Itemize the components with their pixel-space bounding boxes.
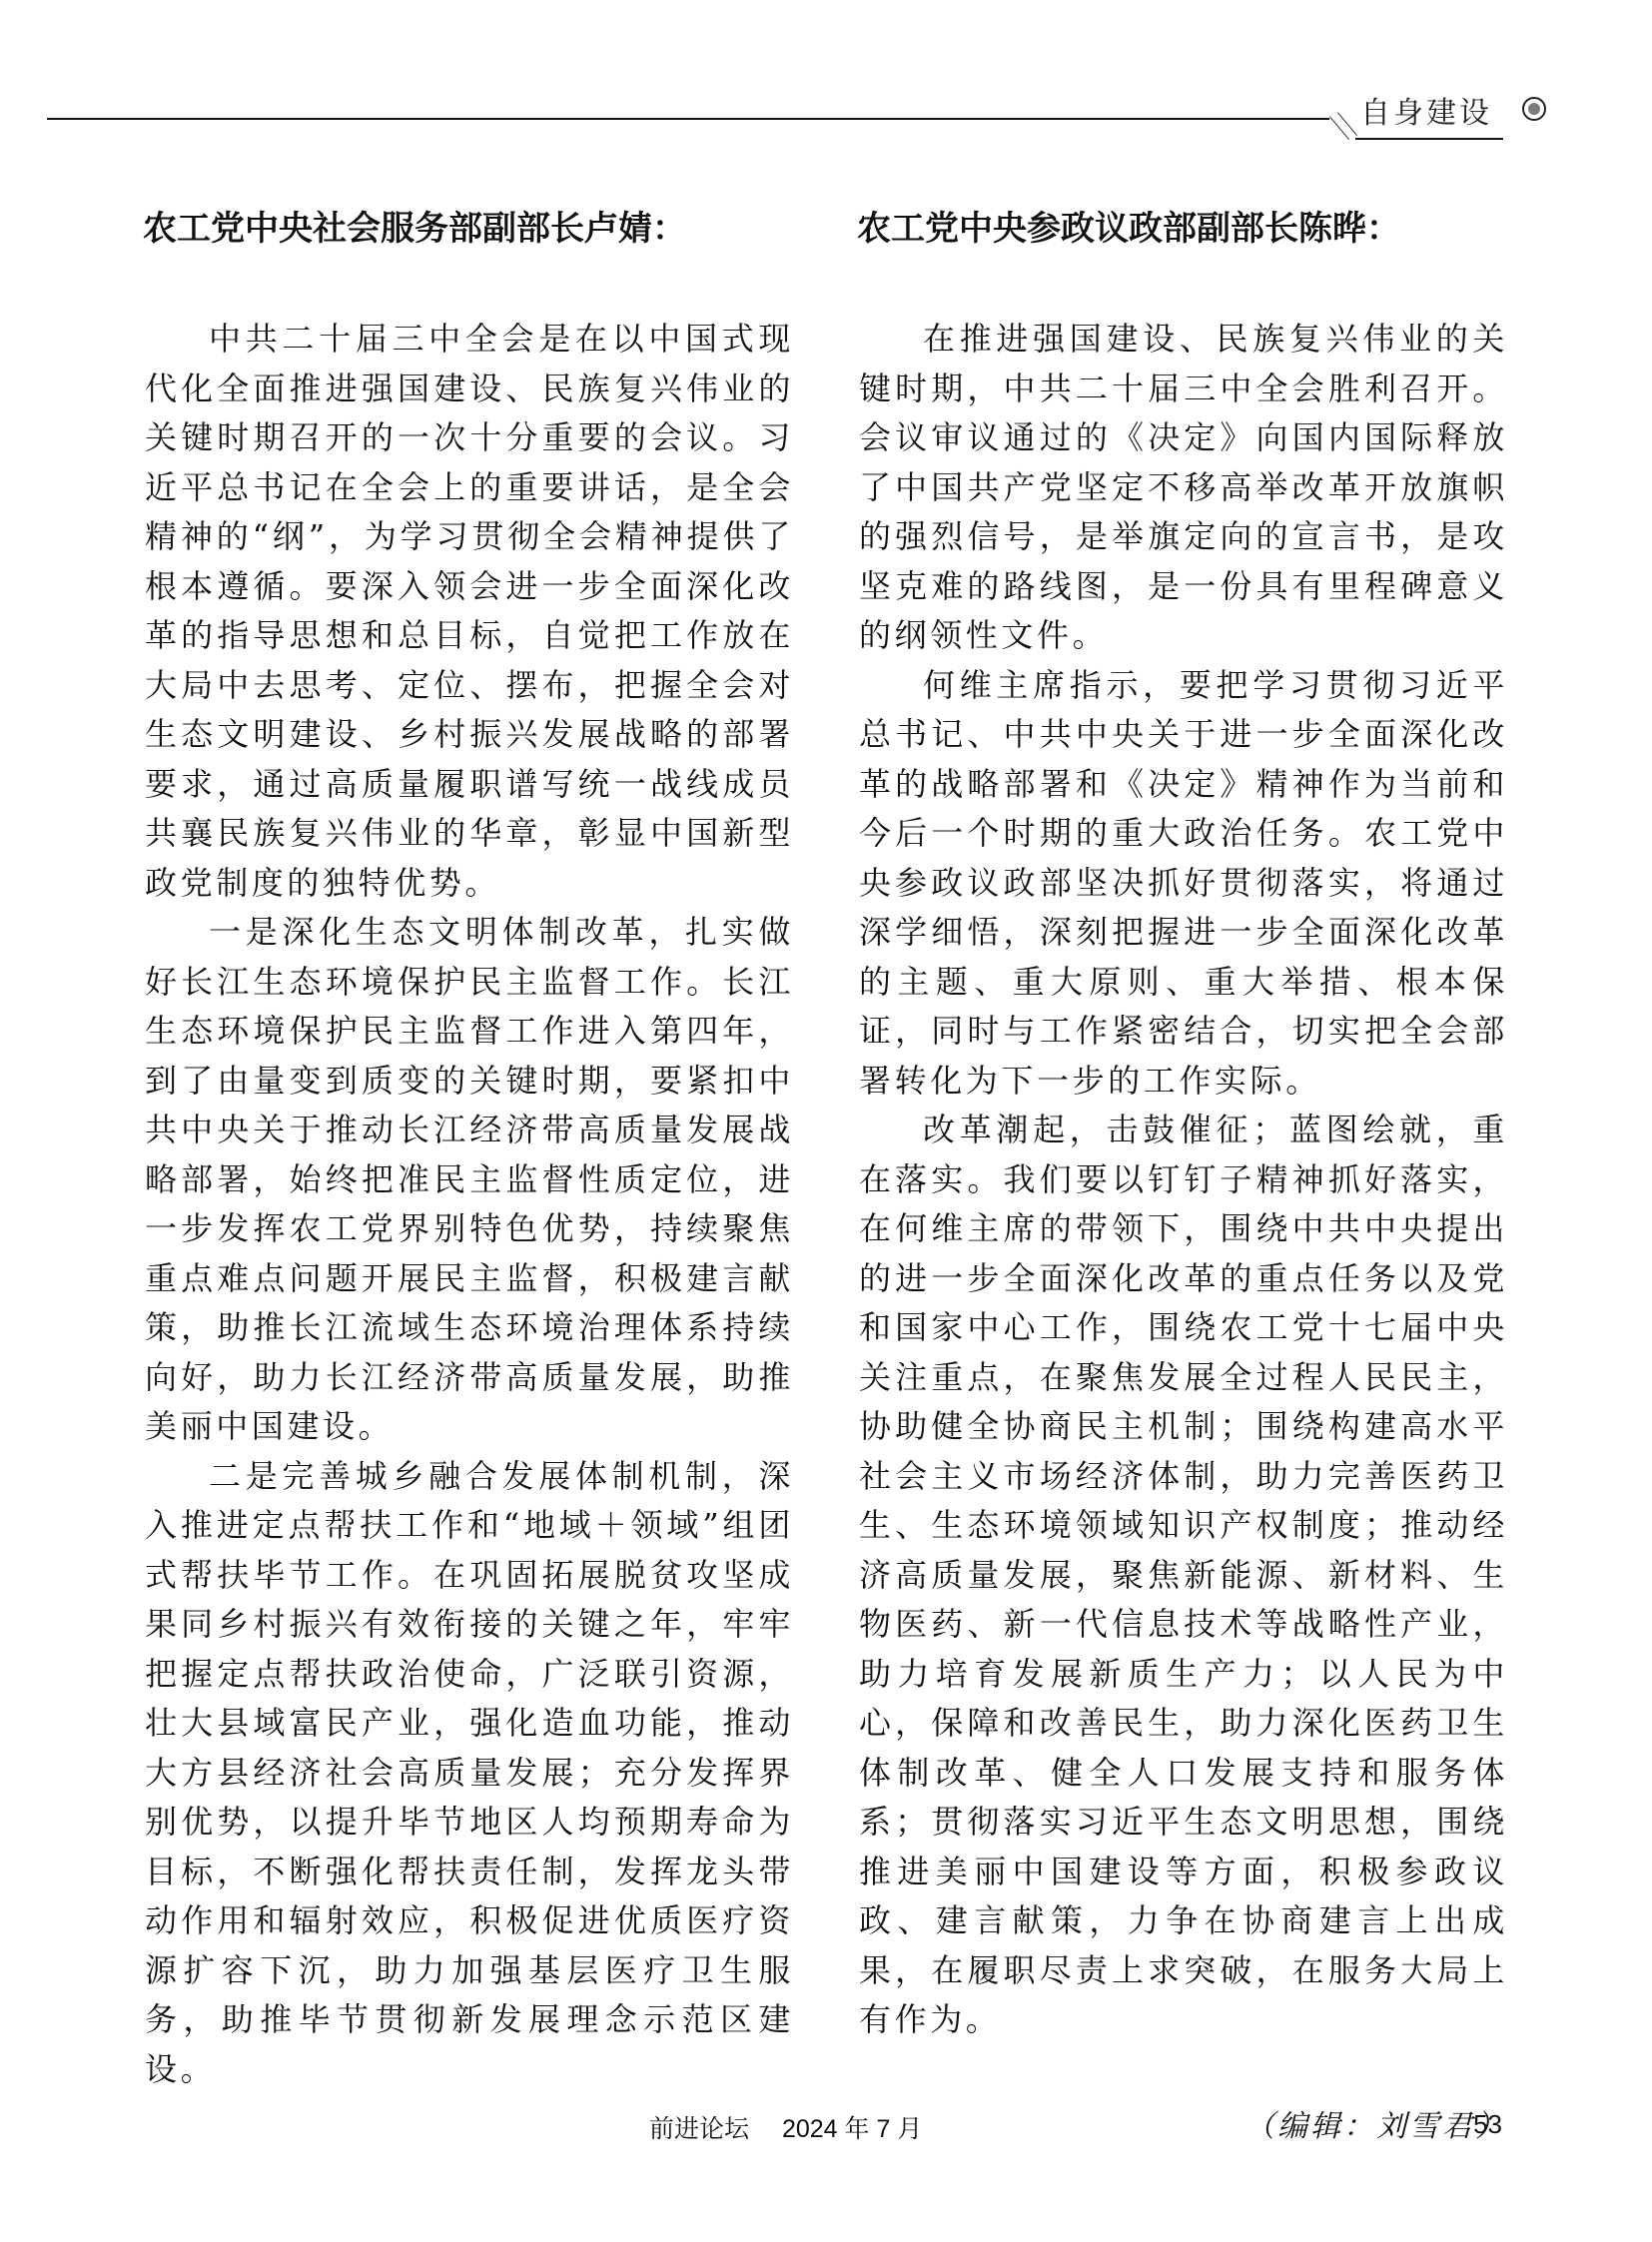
paragraph: 一是深化生态文明体制改革，扎实做好长江生态环境保护民主监督工作。长江生态环境保护…: [145, 908, 794, 1452]
article-column-left: 农工党中央社会服务部副部长卢婧： 中共二十届三中全会是在以中国式现代化全面推进强…: [145, 205, 794, 2094]
header-slash-decoration: [1337, 112, 1357, 136]
paragraph: 中共二十届三中全会是在以中国式现代化全面推进强国建设、民族复兴伟业的关键时期召开…: [145, 315, 794, 908]
editor-credit: （编辑：刘雪君）: [859, 2101, 1508, 2145]
paragraph: 二是完善城乡融合发展体制机制，深入推进定点帮扶工作和“地域＋领域”组团式帮扶毕节…: [145, 1452, 794, 2095]
target-circle-icon: [1522, 97, 1546, 121]
header-slash-decoration: [1329, 116, 1349, 140]
paragraph: 何维主席指示，要把学习贯彻习近平总书记、中共中央关于进一步全面深化改革的战略部署…: [859, 661, 1508, 1107]
paragraph: 在推进强国建设、民族复兴伟业的关键时期，中共二十届三中全会胜利召开。会议审议通过…: [859, 315, 1508, 661]
footer-publication: 前进论坛 2024 年 7 月: [649, 2109, 922, 2145]
header-rule: [47, 118, 1329, 120]
paragraph: 改革潮起，击鼓催征；蓝图绘就，重在落实。我们要以钉钉子精神抓好落实，在何维主席的…: [859, 1106, 1508, 2045]
header-rule-short: [1355, 138, 1503, 140]
magazine-name: 前进论坛: [649, 2115, 749, 2143]
speaker-heading: 农工党中央社会服务部副部长卢婧：: [143, 205, 794, 253]
section-label: 自身建设: [1360, 88, 1492, 132]
speaker-heading: 农工党中央参政议政部副部长陈晔：: [857, 205, 1508, 253]
article-column-right: 农工党中央参政议政部副部长陈晔： 在推进强国建设、民族复兴伟业的关键时期，中共二…: [859, 205, 1508, 2145]
page-number: 53: [1473, 2109, 1502, 2140]
issue-date: 2024 年 7 月: [782, 2115, 922, 2143]
